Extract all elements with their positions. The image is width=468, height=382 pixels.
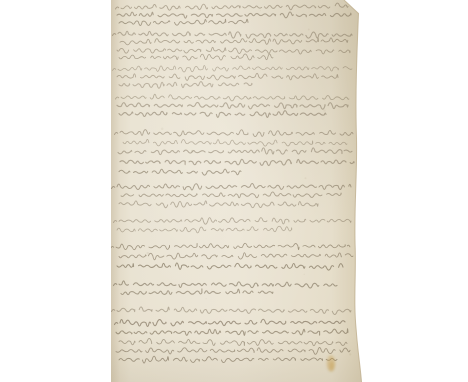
foxing-speck (308, 29, 310, 31)
foxing-speck (147, 252, 149, 254)
foxing-speck (161, 127, 164, 130)
foxing-speck (304, 274, 305, 275)
foxing-speck (333, 148, 334, 149)
photo-canvas (0, 0, 468, 382)
foxing-speck (260, 10, 261, 11)
stain-core (329, 362, 334, 371)
foxing-speck (323, 109, 325, 111)
manuscript-photo (0, 0, 468, 382)
foxing-speck (305, 177, 307, 179)
foxing-speck (206, 298, 207, 299)
foxing-speck (349, 353, 351, 355)
ink-stain (327, 355, 336, 371)
foxing-speck (199, 43, 200, 44)
